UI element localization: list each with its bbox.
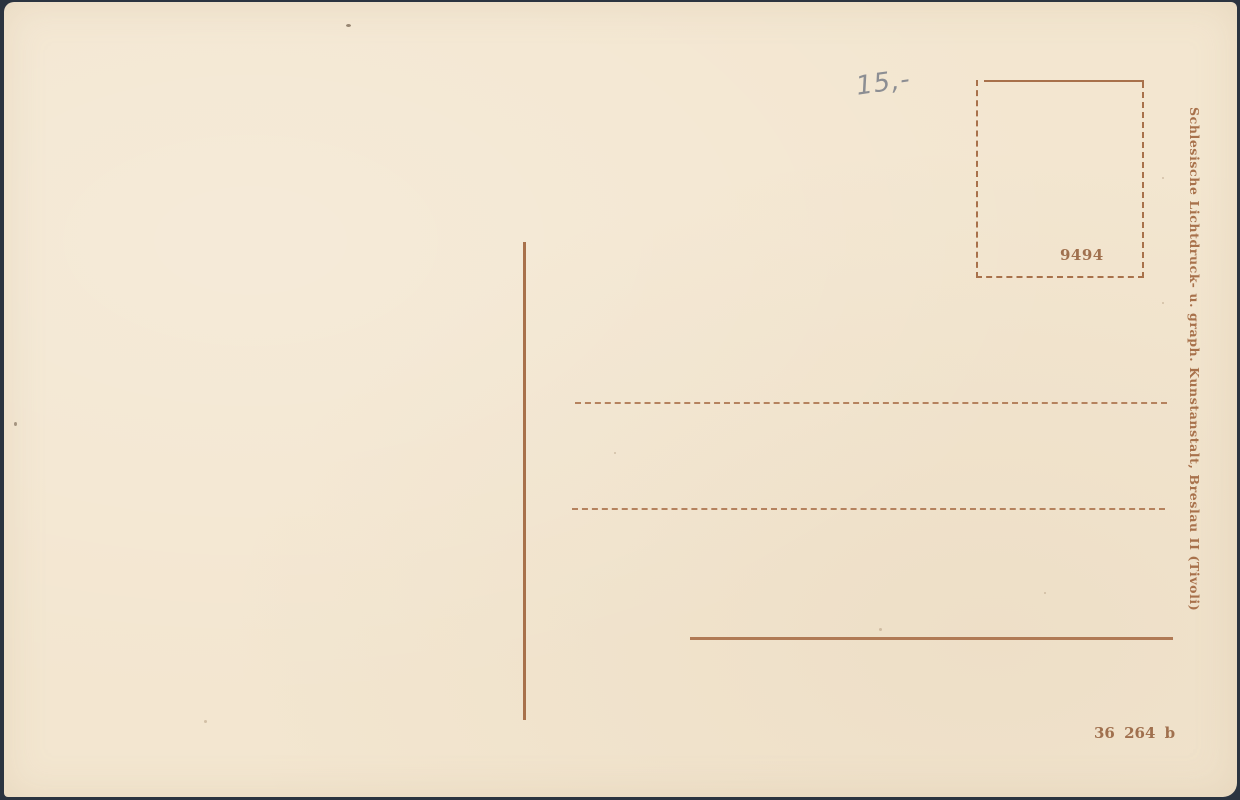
paper-speck [879, 628, 882, 631]
address-line-2 [572, 508, 1165, 510]
paper-speck [346, 24, 351, 27]
paper-speck [1044, 592, 1046, 594]
address-line-3 [690, 637, 1173, 640]
address-line-1 [575, 402, 1167, 404]
paper-speck [1162, 177, 1164, 179]
card-code: 36 264 b [1094, 724, 1175, 742]
stamp-box-right-border [1142, 82, 1144, 278]
stamp-box-left-border [976, 80, 978, 278]
paper-speck [204, 720, 207, 723]
postcard-back: 15,- 9494 Schlesische Lichtdruck- u. gra… [4, 2, 1237, 797]
stamp-box: 9494 [976, 80, 1144, 278]
paper-speck [1162, 302, 1164, 304]
paper-speck [14, 422, 17, 426]
message-address-divider [523, 242, 526, 720]
stamp-box-number: 9494 [1060, 246, 1104, 264]
paper-speck [614, 452, 616, 454]
handwritten-price: 15,- [854, 64, 912, 101]
stamp-box-top-border [984, 80, 1144, 82]
stamp-box-bottom-border [976, 276, 1144, 278]
publisher-imprint: Schlesische Lichtdruck- u. graph. Kunsta… [1182, 107, 1206, 669]
